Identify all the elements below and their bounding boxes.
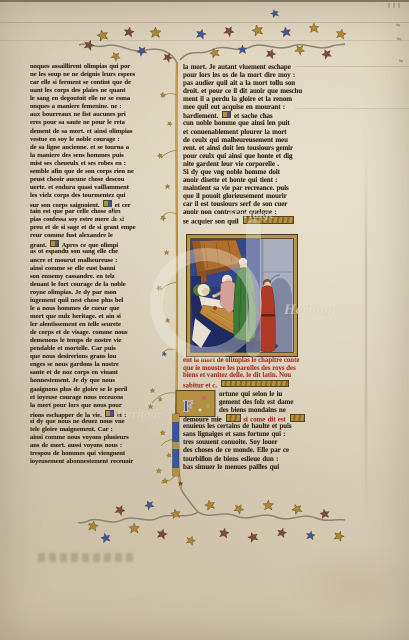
text-line: rent. et ainsi doit len tousiours gemir	[183, 144, 349, 152]
text-line: ortune qui selon le iu	[183, 390, 349, 398]
text-line: demoure mie si come dit est	[183, 414, 349, 422]
text-line: sur son corps saignoient. et cer	[30, 200, 176, 208]
text-line: des biens mondains ne	[183, 406, 349, 414]
text-line: demenons le temps de nostre vie	[30, 337, 176, 345]
text-line: la mort. Je autant viuement eschape	[183, 63, 349, 71]
text-line: maintient sa vie par recreance. puis	[183, 184, 349, 192]
text-line: auoir non contrestant quelque :	[183, 208, 349, 216]
gold-frame	[188, 236, 295, 354]
text-line: que il pouoit glorieusement mourir	[183, 192, 349, 200]
corner-mark	[388, 3, 402, 8]
text-line: se acquier son quil	[183, 216, 349, 224]
arched-doorway	[260, 239, 293, 352]
text-line: ans de mort. aussi voyons nous :	[30, 442, 176, 450]
text-line: ne les soup ne ne deignis leurs espees	[30, 71, 176, 79]
text-line: nite gardent leur vie corporelle .	[183, 160, 349, 168]
text-line: la maniere des sens hommes puis	[30, 152, 176, 160]
text-line: reur comme fust alexandre le	[30, 232, 176, 240]
margin-speck	[396, 23, 400, 26]
bottom-border-leaves	[87, 499, 345, 546]
text-line: uerte. et endura quasi vaillamment	[30, 184, 176, 192]
text-line: le a nous hommes de cueur que	[30, 305, 176, 313]
right-text-column-bottom: ortune qui selon le iugement des folz es…	[183, 390, 349, 471]
attendant-green	[234, 258, 258, 340]
text-line: sans lignaiges et sans fortune qui :	[183, 430, 349, 438]
rubric-text: ent la mort de olimpias le chapitre cont…	[183, 357, 349, 387]
text-line: ainsi comme nous voyons plusieurs	[30, 434, 176, 442]
text-line: cun noble homme que ainsi len puit	[183, 119, 349, 127]
top-border	[79, 44, 345, 63]
text-line: car elle si ferment se contint que de	[30, 79, 176, 87]
text-line: biens et vanitez delle. le dit latin. No…	[183, 372, 349, 380]
text-line: des choses de ce monde. Elle par ce	[183, 446, 349, 454]
manuscript-photo: F onques assaillirent olimpias qui porne…	[0, 0, 409, 640]
text-line: auoir disette et honte qui tient :	[183, 176, 349, 184]
text-line: ment il a perdu la gloire et la renom	[183, 95, 349, 103]
text-line: mort que nulz heritage. et ain si	[30, 313, 176, 321]
text-line: eres pour sa saute ne pour le reta	[30, 119, 176, 127]
text-line: car il est tousiours serf de son cuer	[183, 200, 349, 208]
text-line: deuant le fort courage de la noble	[30, 281, 176, 289]
text-line: tourbillon de biens eslieue dun :	[183, 455, 349, 463]
canopy	[192, 240, 244, 284]
text-line: aux bourreaux ne fist aucunes pri	[30, 111, 176, 119]
text-line: son ennemy cassandre. en telz	[30, 273, 176, 281]
text-line: que ie moustre les parolles des roys des	[183, 365, 349, 373]
text-line: de sa ligne ancienne. et se tourna a	[30, 144, 176, 152]
dying-figure	[192, 284, 256, 348]
text-line: mee quil eut acquise en mourant :	[183, 103, 349, 111]
text-line: bas simuer le menues pailles qui	[183, 463, 349, 471]
parchment-crease	[365, 150, 367, 530]
text-line: ainsi comme se elle eust banni	[30, 265, 176, 273]
text-line: iugement quil nest chose plus bel	[30, 297, 176, 305]
text-line: et conuenablement plourer la mort	[183, 128, 349, 136]
text-line: si dy que nous ne deuez nous vne	[30, 418, 176, 426]
text-line: mist ses cheueulx et ses robes en :	[30, 160, 176, 168]
text-line: la mort pour lors que nous pour	[30, 402, 176, 410]
gold-coverlet	[200, 305, 256, 342]
text-line: grant. Apres ce que olimpi	[30, 240, 176, 248]
text-line: tele gloire maignement. Car :	[30, 426, 176, 434]
text-line: le sang en degoutoit elle ne se esma	[30, 95, 176, 103]
text-line: enges se nous gardons la nostre	[30, 361, 176, 369]
text-line: que nous desirerions grans lou	[30, 353, 176, 361]
text-line: ler alentissement en telle seurete	[30, 321, 176, 329]
margin-speck	[399, 59, 403, 62]
text-line: ent la mort de olimpias le chapitre cont…	[183, 357, 349, 365]
left-text-column: onques assaillirent olimpias qui porne l…	[30, 63, 176, 466]
text-line: gement des folz est dame	[183, 398, 349, 406]
photo-top-edge	[0, 0, 409, 2]
bed	[191, 276, 278, 352]
text-line: uant les corps des plaies ne quant	[30, 87, 176, 95]
text-line: trespou de hommes qui viengnent	[30, 450, 176, 458]
text-line: onques assaillirent olimpias qui por	[30, 63, 176, 71]
text-line: preu et de si sage et de si grant empe	[30, 224, 176, 232]
text-line: droit. et pour ce il dit auoir que mesch…	[183, 87, 349, 95]
belt	[262, 314, 275, 317]
text-line: pias confessa soy estre mere de si	[30, 216, 176, 224]
top-border-leaves	[83, 8, 347, 63]
text-line: honnestement. Je dy que nous	[30, 377, 176, 385]
bed-sheet	[192, 318, 211, 348]
text-line: de corps et de visage. comme nous	[30, 329, 176, 337]
attendant-pink	[212, 275, 239, 313]
text-line: tain est que par celle chose olim	[30, 208, 176, 216]
text-line: peust cheoir aucune chose descou	[30, 176, 176, 184]
text-line: hardiement. et sache chas	[183, 111, 349, 119]
blue-chamber	[191, 239, 294, 353]
text-line: les vielz corps des tourmentez qui	[30, 192, 176, 200]
text-line: pas audier quil ait a la mort tollu son	[183, 79, 349, 87]
text-line: pour lors les os de la mort dire moy :	[183, 71, 349, 79]
faded-inscription	[38, 553, 134, 562]
text-line: sante et de noz corps en viuant	[30, 369, 176, 377]
text-line: pendable et mortelle. Car puis	[30, 345, 176, 353]
watermark-heritage: Heritage	[284, 302, 338, 319]
bottom-border	[78, 489, 345, 523]
text-line: Si dy que vng noble homme doit	[183, 168, 349, 176]
text-line: as ot espandu son sang elle che	[30, 248, 176, 256]
text-line: rions eschapper de la vie. et :	[30, 410, 176, 418]
text-line: onques a maniere femenine. ne :	[30, 103, 176, 111]
text-line: dement de sa mort. et ainsi olimpias	[30, 128, 176, 136]
ruling-line	[0, 40, 409, 41]
text-line: tres souuent conuoite. Soy louer	[183, 438, 349, 446]
text-line: enuieus les certains de haulte et puis	[183, 422, 349, 430]
text-line: et ioyeuse courage nous receuons	[30, 394, 176, 402]
blood-spot	[213, 306, 217, 310]
text-line: gaaignons plus de gloire se le peril	[30, 386, 176, 394]
attendant-red	[260, 279, 275, 352]
text-line: semble afin que de son corps rien ne	[30, 168, 176, 176]
ruling-line	[0, 22, 409, 23]
text-line: ioyeusement abonnestement receuoir	[30, 458, 176, 466]
text-line: ancre et mourut malheureuse :	[30, 257, 176, 265]
heritage-logo-bar	[246, 219, 261, 357]
right-text-column-top: la mort. Je autant viuement eschapepour …	[183, 63, 349, 224]
green-pillow	[193, 284, 211, 297]
text-line: pour ceulx qui ainsi que honte et dig	[183, 152, 349, 160]
text-line: sabitur et c.	[183, 380, 349, 388]
text-line: royne olimpias. Je dy par mon	[30, 289, 176, 297]
text-line: de ceulx qui malheureusement meu	[183, 136, 349, 144]
miniature-deathbed-scene	[186, 234, 298, 357]
parchment-stain	[290, 545, 409, 625]
text-line: vestue en soy le noble courage :	[30, 136, 176, 144]
